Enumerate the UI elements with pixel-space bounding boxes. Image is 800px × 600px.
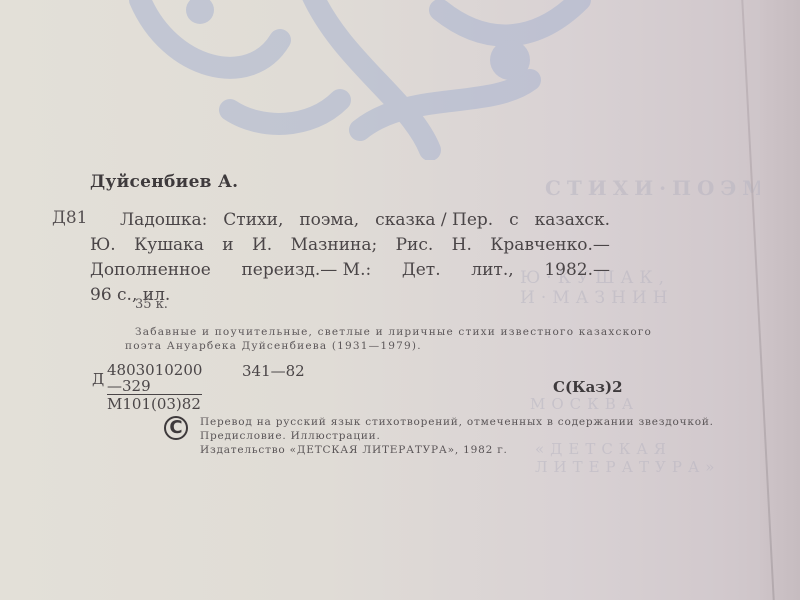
library-code: Д81 [52,208,87,228]
entry-line: Ладошка:Стихи,поэма,сказка / Пер.сказахс… [90,208,610,233]
author-heading: Дуйсенбиев А. [90,172,238,192]
copyright-notice: Перевод на русский язык стихотворений, о… [200,415,714,457]
next-page-edge [760,0,800,600]
annotation: Забавные и поучительные, светлые и лирич… [135,325,652,353]
index-suffix: 341—82 [242,362,305,380]
entry-word: 1982.— [544,258,610,283]
entry-word: лит., [471,258,513,283]
annotation-line: Забавные и поучительные, светлые и лирич… [135,325,652,339]
entry-line: 96 с., ил. [90,283,610,308]
entry-word: Ладошка: [120,208,207,233]
entry-word: и [222,233,233,258]
index-numerator: 4803010200—329 [107,362,202,395]
bleed-through-text: МОСКВА [530,395,639,413]
entry-word: поэма, [299,208,359,233]
entry-word: Кравченко.— [490,233,610,258]
copyright-line: Издательство «ДЕТСКАЯ ЛИТЕРАТУРА», 1982 … [200,443,714,457]
entry-word: сказка / Пер. [375,208,493,233]
entry-word: Мазнина; [291,233,378,258]
entry-word: Кушака [134,233,204,258]
entry-word: переизд.— М.: [241,258,371,283]
copyright-line: Предисловие. Иллюстрации. [200,429,714,443]
price: 35 к. [135,297,168,312]
bbk-code: С(Каз)2 [553,378,623,396]
entry-word: Стихи, [223,208,283,233]
copyright-line: Перевод на русский язык стихотворений, о… [200,415,714,429]
copyright-icon: C [164,416,188,440]
index-denominator: М101(03)82 [107,395,202,413]
entry-word: Рис. [396,233,434,258]
decorative-ornament [110,0,630,160]
entry-word: Дополненное [90,258,211,283]
entry-word: Н. [452,233,472,258]
entry-word: Ю. [90,233,116,258]
entry-line: Ю.КушакаиИ.Мазнина;Рис.Н.Кравченко.— [90,233,610,258]
index-letter: Д [92,370,104,388]
entry-line: Дополненноепереизд.— М.:Дет.лит.,1982.— [90,258,610,283]
entry-word: казахск. [535,208,610,233]
entry-word: И. [252,233,272,258]
index-fraction: 4803010200—329 М101(03)82 [107,362,202,413]
entry-word: Дет. [402,258,441,283]
entry-word: с [509,208,519,233]
bibliographic-entry: Ладошка:Стихи,поэма,сказка / Пер.сказахс… [90,208,610,308]
annotation-line: поэта Ануарбека Дуйсенбиева (1931—1979). [125,339,652,353]
